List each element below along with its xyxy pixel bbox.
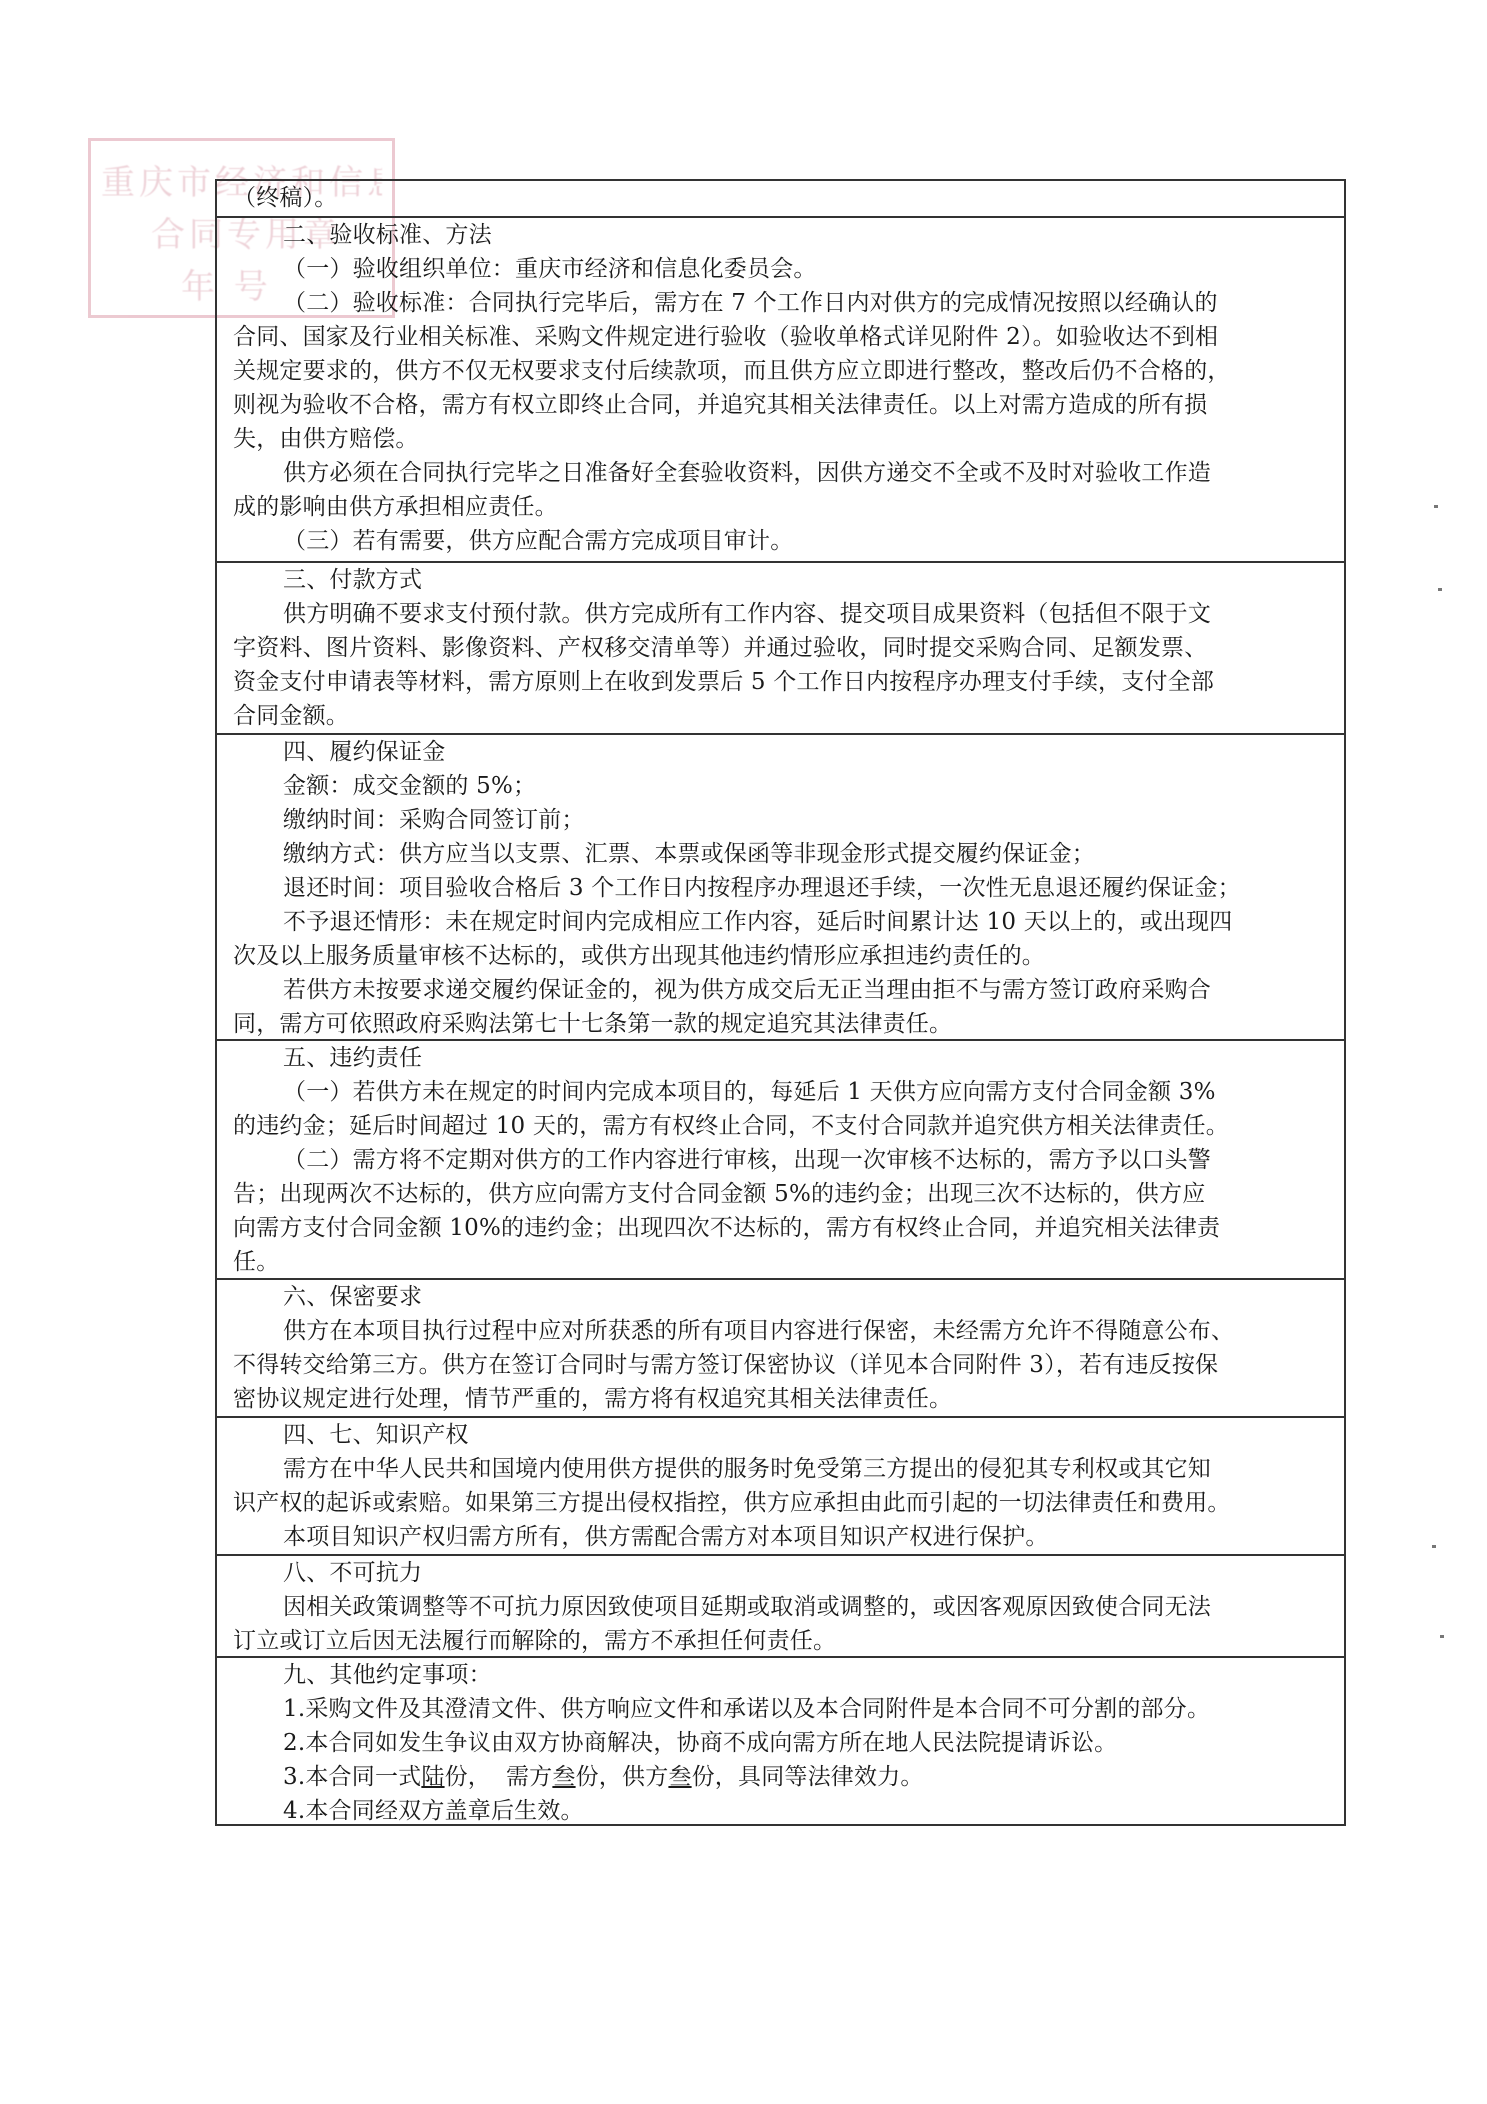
contract-terms-table: （终稿）。 二、验收标准、方法 （一）验收组织单位：重庆市经济和信息化委员会。 … — [215, 179, 1346, 1826]
section-title: 九、其他约定事项： — [233, 1658, 1344, 1692]
text-line: 若供方未按要求递交履约保证金的，视为供方成交后无正当理由拒不与需方签订政府采购合 — [233, 973, 1344, 1007]
list-item: 2.本合同如发生争议由双方协商解决，协商不成向需方所在地人民法院提请诉讼。 — [233, 1726, 1344, 1760]
text-line: 资金支付申请表等材料，需方原则上在收到发票后 5 个工作日内按程序办理支付手续，… — [233, 665, 1344, 699]
text-line: 不予退还情形：未在规定时间内完成相应工作内容，延后时间累计达 10 天以上的，或… — [233, 905, 1344, 939]
text-line: 供方必须在合同执行完毕之日准备好全套验收资料，因供方递交不全或不及时对验收工作造 — [233, 456, 1344, 490]
text-line: （一）验收组织单位：重庆市经济和信息化委员会。 — [233, 252, 1344, 286]
text-line: 订立或订立后因无法履行而解除的，需方不承担任何责任。 — [233, 1624, 1344, 1658]
text-line: 失，由供方赔偿。 — [233, 422, 1344, 456]
text-line: 不得转交给第三方。供方在签订合同时与需方签订保密协议（详见本合同附件 3），若有… — [233, 1348, 1344, 1382]
text-line: 告；出现两次不达标的，供方应向需方支付合同金额 5%的违约金；出现三次不达标的，… — [233, 1177, 1344, 1211]
section-title: 三、付款方式 — [233, 563, 1344, 597]
text-line: 合同、国家及行业相关标准、采购文件规定进行验收（验收单格式详见附件 2）。如验收… — [233, 320, 1344, 354]
copies-seller: 叁 — [668, 1764, 691, 1790]
copies-buyer: 叁 — [552, 1764, 575, 1790]
scan-artifact — [1432, 1545, 1436, 1548]
text-line: 合同金额。 — [233, 699, 1344, 733]
section-title: 二、验收标准、方法 — [233, 218, 1344, 252]
text-line: 向需方支付合同金额 10%的违约金；出现四次不达标的，需方有权终止合同，并追究相… — [233, 1211, 1344, 1245]
section-intellectual-property: 四、七、知识产权 需方在中华人民共和国境内使用供方提供的服务时免受第三方提出的侵… — [217, 1416, 1344, 1554]
section-breach-liability: 五、违约责任 （一）若供方未在规定的时间内完成本项目的，每延后 1 天供方应向需… — [217, 1039, 1344, 1278]
text-line: 次及以上服务质量审核不达标的，或供方出现其他违约情形应承担违约责任的。 — [233, 939, 1344, 973]
list-item: 1.采购文件及其澄清文件、供方响应文件和承诺以及本合同附件是本合同不可分割的部分… — [233, 1692, 1344, 1726]
section-title: 四、七、知识产权 — [233, 1418, 1344, 1452]
text-line: 密协议规定进行处理，情节严重的，需方将有权追究其相关法律责任。 — [233, 1382, 1344, 1416]
section-title: 八、不可抗力 — [233, 1556, 1344, 1590]
text-line: 因相关政策调整等不可抗力原因致使项目延期或取消或调整的，或因客观原因致使合同无法 — [233, 1590, 1344, 1624]
section-title: 四、履约保证金 — [233, 735, 1344, 769]
text-line: （二）验收标准：合同执行完毕后，需方在 7 个工作日内对供方的完成情况按照以经确… — [233, 286, 1344, 320]
copies-total: 陆 — [421, 1764, 444, 1790]
text-line: 需方在中华人民共和国境内使用供方提供的服务时免受第三方提出的侵犯其专利权或其它知 — [233, 1452, 1344, 1486]
text-line: 缴纳时间：采购合同签订前； — [233, 803, 1344, 837]
section-force-majeure: 八、不可抗力 因相关政策调整等不可抗力原因致使项目延期或取消或调整的，或因客观原… — [217, 1554, 1344, 1656]
section-performance-bond: 四、履约保证金 金额：成交金额的 5%； 缴纳时间：采购合同签订前； 缴纳方式：… — [217, 733, 1344, 1039]
item3-prefix: 3.本合同一式 — [283, 1764, 421, 1790]
text-line: 关规定要求的，供方不仅无权要求支付后续款项，而且供方应立即进行整改，整改后仍不合… — [233, 354, 1344, 388]
text-line: 退还时间：项目验收合格后 3 个工作日内按程序办理退还手续，一次性无息退还履约保… — [233, 871, 1344, 905]
text-line: 则视为验收不合格，需方有权立即终止合同，并追究其相关法律责任。以上对需方造成的所… — [233, 388, 1344, 422]
text-line: （一）若供方未在规定的时间内完成本项目的，每延后 1 天供方应向需方支付合同金额… — [233, 1075, 1344, 1109]
text-line: 供方明确不要求支付预付款。供方完成所有工作内容、提交项目成果资料（包括但不限于文 — [233, 597, 1344, 631]
text-line: 成的影响由供方承担相应责任。 — [233, 490, 1344, 524]
text-line: 同，需方可依照政府采购法第七十七条第一款的规定追究其法律责任。 — [233, 1007, 1344, 1041]
text-line: 供方在本项目执行过程中应对所获悉的所有项目内容进行保密，未经需方允许不得随意公布… — [233, 1314, 1344, 1348]
list-item: 3.本合同一式陆份， 需方叁份，供方叁份，具同等法律效力。 — [233, 1760, 1344, 1794]
scan-artifact — [1438, 588, 1442, 591]
text-line: （终稿）。 — [233, 181, 1344, 215]
scan-artifact — [1434, 505, 1438, 508]
section-title: 五、违约责任 — [233, 1041, 1344, 1075]
text-line: 的违约金；延后时间超过 10 天的，需方有权终止合同，不支付合同款并追究供方相关… — [233, 1109, 1344, 1143]
section-confidentiality: 六、保密要求 供方在本项目执行过程中应对所获悉的所有项目内容进行保密，未经需方允… — [217, 1278, 1344, 1416]
section-acceptance: 二、验收标准、方法 （一）验收组织单位：重庆市经济和信息化委员会。 （二）验收标… — [217, 216, 1344, 561]
text-line: （三）若有需要，供方应配合需方完成项目审计。 — [233, 524, 1344, 558]
section-title: 六、保密要求 — [233, 1280, 1344, 1314]
text-line: 字资料、图片资料、影像资料、产权移交清单等）并通过验收，同时提交采购合同、足额发… — [233, 631, 1344, 665]
text-line: （二）需方将不定期对供方的工作内容进行审核，出现一次审核不达标的，需方予以口头警 — [233, 1143, 1344, 1177]
list-item: 4.本合同经双方盖章后生效。 — [233, 1794, 1344, 1828]
scan-artifact — [1440, 1635, 1444, 1638]
text-line: 本项目知识产权归需方所有，供方需配合需方对本项目知识产权进行保护。 — [233, 1520, 1344, 1554]
section-payment: 三、付款方式 供方明确不要求支付预付款。供方完成所有工作内容、提交项目成果资料（… — [217, 561, 1344, 733]
item3-mid2: 份，供方 — [576, 1764, 669, 1790]
text-line: 任。 — [233, 1245, 1344, 1279]
text-line: 金额：成交金额的 5%； — [233, 769, 1344, 803]
text-line: 识产权的起诉或索赔。如果第三方提出侵权指控，供方应承担由此而引起的一切法律责任和… — [233, 1486, 1344, 1520]
item3-suffix: 份，具同等法律效力。 — [692, 1764, 924, 1790]
section-other-terms: 九、其他约定事项： 1.采购文件及其澄清文件、供方响应文件和承诺以及本合同附件是… — [217, 1656, 1344, 1824]
text-line: 缴纳方式：供方应当以支票、汇票、本票或保函等非现金形式提交履约保证金； — [233, 837, 1344, 871]
row-continuation: （终稿）。 — [217, 181, 1344, 216]
item3-mid1: 份， 需方 — [445, 1764, 553, 1790]
